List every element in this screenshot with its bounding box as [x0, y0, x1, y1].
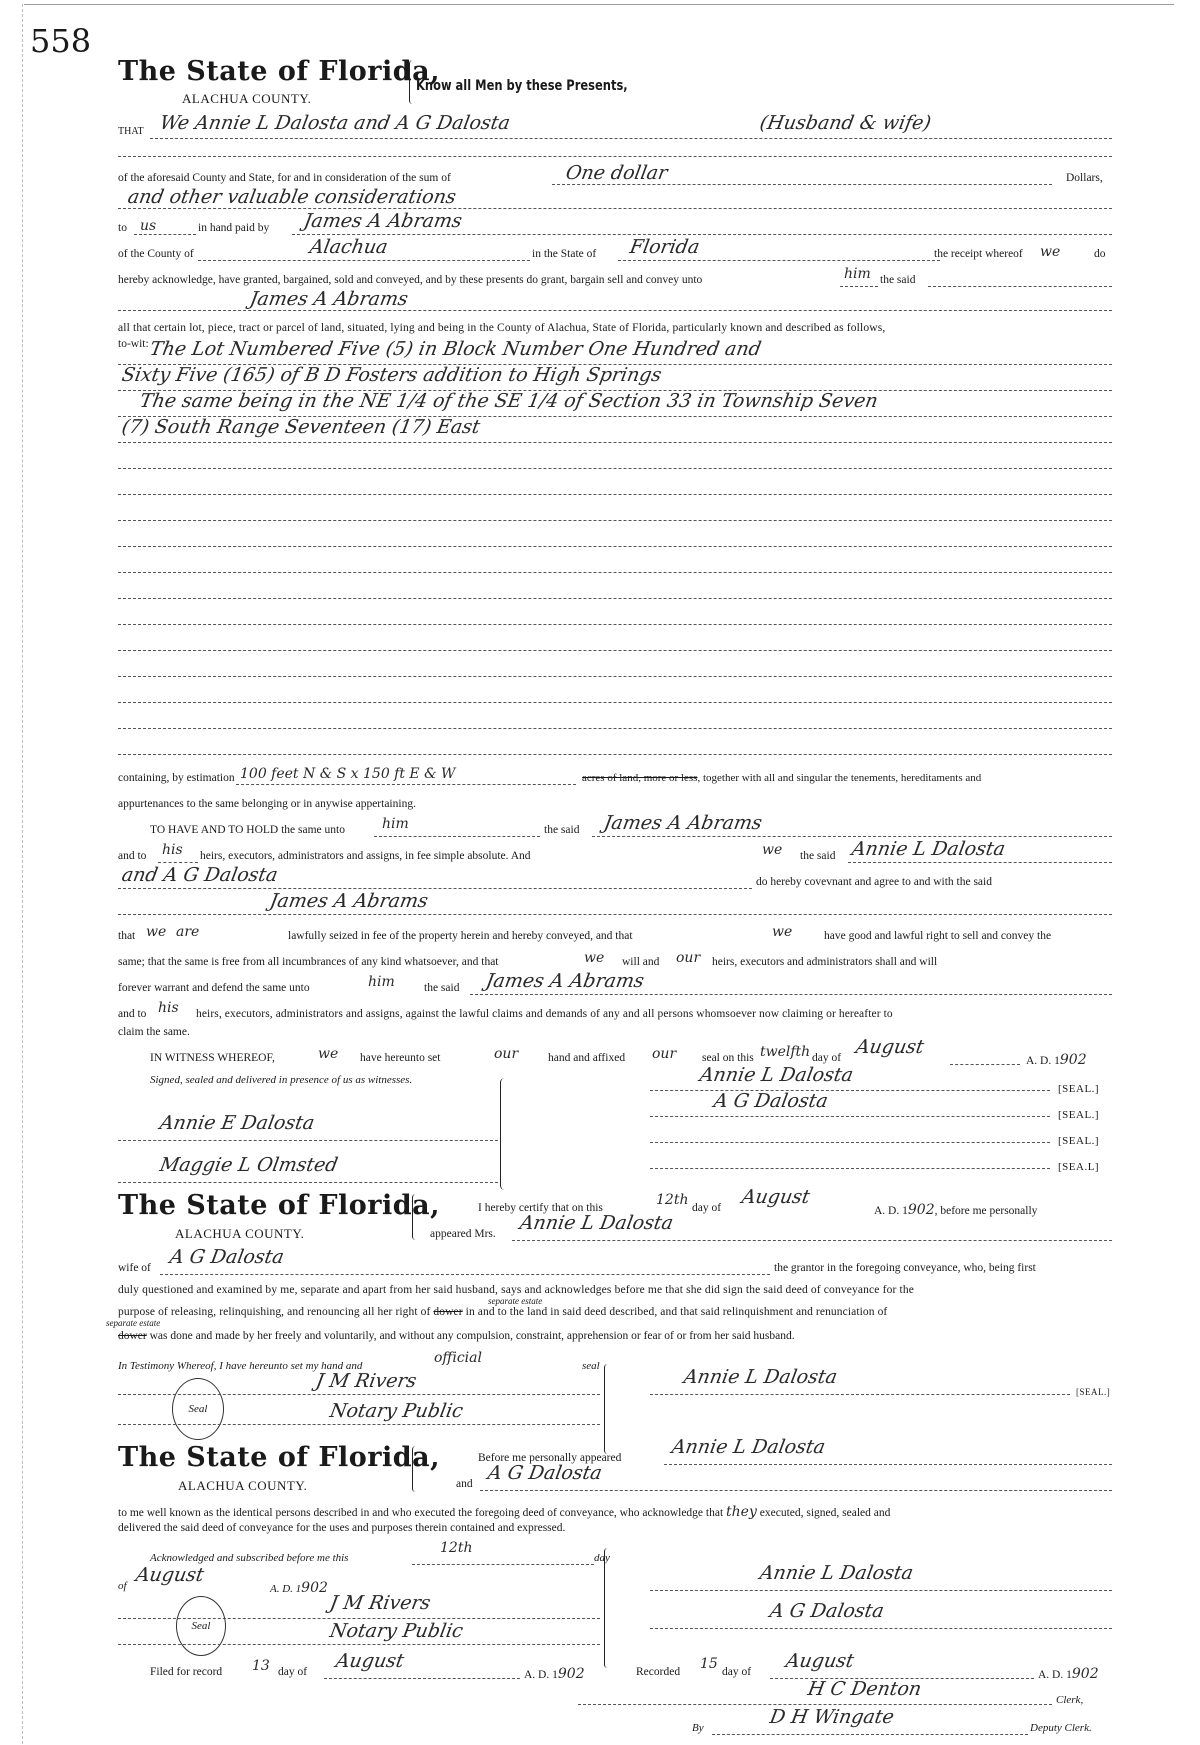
deputy-clerk-label: Deputy Clerk.: [1030, 1722, 1092, 1734]
parcel-line-1: The Lot Numbered Five (5) in Block Numbe…: [148, 338, 763, 360]
cov-grantee: James A Abrams: [484, 970, 646, 992]
cert1-body2-struck: dower: [433, 1306, 462, 1318]
witness-signature-2: Maggie L Olmsted: [158, 1154, 339, 1176]
cert1-body3: dower was done and made by her freely an…: [118, 1330, 795, 1342]
cert2-signature-2: A G Dalosta: [768, 1600, 886, 1622]
cert2-body1-a: to me well known as the identical person…: [118, 1507, 723, 1519]
deputy-line: [712, 1734, 1028, 1735]
filed-month: August: [334, 1650, 406, 1672]
fill-line: [118, 208, 1112, 209]
fill-line: [118, 914, 1112, 915]
habendum-we: we: [762, 842, 782, 858]
fill-line: [412, 1564, 594, 1565]
cert2-county: ALACHUA COUNTY.: [178, 1478, 307, 1494]
witness-our1: our: [494, 1046, 518, 1062]
to-label: to: [118, 222, 127, 234]
witness-e: day of: [812, 1052, 841, 1064]
seal-label-4: [SEA.L]: [1058, 1161, 1099, 1173]
fill-line: [236, 784, 576, 785]
to-value: us: [140, 218, 156, 234]
cert1-appeared-label: appeared Mrs.: [430, 1228, 496, 1240]
cert1-wife-label: wife of: [118, 1262, 151, 1274]
cert1-insert-2: separate estate: [106, 1318, 160, 1328]
blank-line: [118, 572, 1112, 573]
cert2-of-month: August: [134, 1564, 206, 1586]
cov-we3: we: [584, 950, 604, 966]
cov-him: him: [368, 974, 395, 990]
fill-line: [650, 1628, 1112, 1629]
cert2-body1-b: executed, signed, sealed and: [760, 1507, 891, 1519]
containing-rest-text: , together with all and singular the ten…: [697, 772, 981, 784]
filed-day-of: day of: [278, 1666, 307, 1678]
habendum-grantee: James A Abrams: [602, 812, 764, 834]
fill-line: [840, 286, 878, 287]
witness-day: twelfth: [760, 1044, 810, 1060]
fill-line: [118, 1644, 600, 1645]
blank-line: [118, 650, 1112, 651]
containing-value: 100 feet N & S x 150 ft E & W: [240, 766, 455, 782]
cert1-month: August: [740, 1186, 812, 1208]
cert1-testimony-value: official: [434, 1350, 482, 1366]
notary-seal-stamp: Seal: [172, 1378, 224, 1440]
witness-b: have hereunto set: [360, 1052, 440, 1064]
cert2-they: they: [726, 1504, 757, 1520]
county-of-value: Alachua: [308, 236, 389, 258]
witness-ad: A. D. 1902: [1026, 1052, 1087, 1068]
brace: [409, 60, 416, 104]
blank-line: [118, 754, 1112, 755]
cert2-ad: A. D. 1902: [270, 1580, 328, 1596]
cov-we2: we: [772, 924, 792, 940]
fill-line: [160, 1274, 770, 1275]
cert1-notary-brace: [604, 1364, 611, 1454]
appurtenances-text: appurtenances to the same belonging or i…: [118, 798, 416, 810]
recorded-month: August: [784, 1650, 856, 1672]
cert1-day-of: day of: [692, 1202, 721, 1214]
filed-ad-label: A. D. 1: [524, 1669, 558, 1681]
county-of-label: of the County of: [118, 248, 194, 260]
recorded-label: Recorded: [636, 1666, 680, 1678]
cov-will: will and: [622, 956, 659, 968]
cov-and-to: and to: [118, 1008, 146, 1020]
cov-are: are: [176, 924, 199, 940]
cert1-body3-b: was done and made by her freely and volu…: [150, 1330, 795, 1342]
witness-ad-label: A. D. 1: [1026, 1055, 1060, 1067]
witness-a: IN WITNESS WHEREOF,: [150, 1052, 275, 1064]
habendum-said: the said: [544, 824, 579, 836]
the-said-label: the said: [880, 274, 915, 286]
signed-in-presence: Signed, sealed and delivered in presence…: [150, 1074, 412, 1086]
cert2-before-value: Annie L Dalosta: [670, 1436, 827, 1458]
cert1-county: ALACHUA COUNTY.: [175, 1226, 304, 1242]
fill-line: [650, 1590, 1112, 1591]
cert1-state-title: The State of Florida,: [118, 1190, 440, 1221]
cert2-body1: to me well known as the identical person…: [118, 1504, 890, 1520]
recorded-day: 15: [700, 1656, 718, 1672]
filed-year: 902: [558, 1666, 585, 1682]
blank-line: [118, 520, 1112, 521]
cov-the-said: the said: [424, 982, 459, 994]
cert1-body2: purpose of releasing, relinquishing, and…: [118, 1306, 887, 1318]
receipt-whereof-value: we: [1040, 244, 1060, 260]
cert1-notary-signature: J M Rivers: [314, 1370, 418, 1392]
cov-his: his: [158, 1000, 179, 1016]
do-label: do: [1094, 248, 1106, 260]
struck-acres: acres of land, more or less: [582, 772, 697, 784]
cov-warrant: forever warrant and defend the same unto: [118, 982, 310, 994]
cov-claim-the-same: claim the same.: [118, 1026, 190, 1038]
that-label: THAT: [118, 126, 144, 137]
grantors-note-handwritten: (Husband & wife): [758, 112, 933, 134]
recorded-ad-label: A. D. 1: [1038, 1669, 1072, 1681]
cov-seized: lawfully seized in fee of the property h…: [288, 930, 633, 942]
cert2-ad-label: A. D. 1: [270, 1583, 301, 1595]
blank-line: [118, 546, 1112, 547]
cert2-ack-day: 12th: [440, 1540, 472, 1556]
cert1-notary-title: Notary Public: [328, 1400, 465, 1422]
cov-that: that: [118, 930, 135, 942]
fill-line: [292, 234, 1112, 235]
paid-by-label: in hand paid by: [198, 222, 269, 234]
signature-line-2: [650, 1116, 1050, 1117]
fill-line: [950, 1064, 1020, 1065]
filed-day: 13: [252, 1658, 270, 1674]
cov-right: have good and lawful right to sell and c…: [824, 930, 1051, 942]
parcel-intro: all that certain lot, piece, tract or pa…: [118, 322, 885, 334]
blank-line: [118, 468, 1112, 469]
dollars-label: Dollars,: [1066, 172, 1103, 184]
seal-label-1: [SEAL.]: [1058, 1083, 1099, 1095]
habendum-his: his: [162, 842, 183, 858]
convey-text: hereby acknowledge, have granted, bargai…: [118, 274, 702, 286]
fill-line: [552, 184, 1052, 185]
fill-line: [118, 442, 1112, 443]
filed-ad: A. D. 1902: [524, 1666, 585, 1682]
cert2-body2: delivered the said deed of conveyance fo…: [118, 1522, 565, 1534]
cert1-testimony-seal: seal: [582, 1360, 600, 1372]
recorded-year: 902: [1072, 1666, 1099, 1682]
fill-line: [374, 836, 540, 837]
witness-c: hand and affixed: [548, 1052, 625, 1064]
cert2-of-label: of: [118, 1580, 127, 1592]
cert1-before-me: , before me personally: [935, 1205, 1038, 1217]
fill-line: [324, 1678, 520, 1679]
fill-line: [664, 1464, 1112, 1465]
by-label: By: [692, 1722, 704, 1734]
parcel-line-3: The same being in the NE 1/4 of the SE 1…: [138, 390, 880, 412]
witness-our2: our: [652, 1046, 676, 1062]
habendum-unto: him: [382, 816, 409, 832]
filed-label: Filed for record: [150, 1666, 222, 1678]
fill-line: [512, 1240, 1112, 1241]
seal-label-3: [SEAL.]: [1058, 1135, 1099, 1147]
cert2-and-value: A G Dalosta: [486, 1462, 604, 1484]
seal-label-2: [SEAL.]: [1058, 1109, 1099, 1121]
fill-line: [158, 862, 198, 863]
grantors-handwritten: We Annie L Dalosta and A G Dalosta: [158, 112, 512, 134]
state-of-label: in the State of: [532, 248, 596, 260]
fill-line: [928, 286, 1112, 287]
fill-line: [118, 156, 1112, 157]
cert1-insert-1: separate estate: [488, 1296, 542, 1306]
habendum-the-said: the said: [800, 850, 835, 862]
cert1-ad-label: A. D. 1: [874, 1205, 908, 1217]
blank-line: [118, 598, 1112, 599]
witness-line-1: [118, 1140, 498, 1141]
cov-heirs: heirs, executors and administrators shal…: [712, 956, 937, 968]
habendum-heirs: heirs, executors, administrators and ass…: [200, 850, 531, 862]
deputy-signature: D H Wingate: [768, 1706, 896, 1728]
fill-line: [150, 138, 1112, 139]
cert2-state-title: The State of Florida,: [118, 1442, 440, 1473]
fill-line: [118, 310, 1112, 311]
cert1-grantor-signature: Annie L Dalosta: [682, 1366, 839, 1388]
blank-line: [118, 676, 1112, 677]
consideration-prefix: of the aforesaid County and State, for a…: [118, 172, 451, 184]
cert2-notary-brace: [604, 1548, 611, 1668]
cert2-and-label: and: [456, 1478, 473, 1490]
fill-line: [198, 260, 530, 261]
clerk-signature: H C Denton: [806, 1678, 923, 1700]
recorded-day-of: day of: [722, 1666, 751, 1678]
cov-we: we: [146, 924, 166, 940]
grantor-signature-1: Annie L Dalosta: [698, 1064, 855, 1086]
fill-line: [592, 836, 1112, 837]
cert1-body1: duly questioned and examined by me, sepa…: [118, 1284, 914, 1296]
consideration-amount-line2: and other valuable considerations: [126, 186, 458, 208]
fill-line: [848, 862, 1112, 863]
cert1-year: 902: [908, 1202, 935, 1218]
witness-we: we: [318, 1046, 338, 1062]
page-border-top: [24, 4, 1174, 5]
convey-unto-value: him: [844, 266, 871, 282]
fill-line: [470, 994, 1112, 995]
containing-label: containing, by estimation: [118, 772, 235, 784]
witness-year: 902: [1060, 1052, 1087, 1068]
cov-free: same; that the same is free from all inc…: [118, 956, 499, 968]
cert2-notary-signature: J M Rivers: [328, 1592, 432, 1614]
clerk-label: Clerk,: [1056, 1694, 1083, 1706]
habendum-grantor: Annie L Dalosta: [850, 838, 1007, 860]
fill-line: [650, 1394, 1070, 1395]
clerk-line: [578, 1704, 1052, 1705]
deed-page: 558 The State of Florida, ALACHUA COUNTY…: [0, 0, 1200, 1745]
signature-line-4: [650, 1168, 1050, 1169]
containing-rest: acres of land, more or less, together wi…: [582, 772, 981, 784]
blank-line: [118, 624, 1112, 625]
cert1-wife-rest: the grantor in the foregoing conveyance,…: [774, 1262, 1036, 1274]
blank-line: [118, 702, 1112, 703]
page-border-left: [22, 4, 23, 1744]
fill-line: [618, 260, 940, 261]
grantor-signature-2: A G Dalosta: [712, 1090, 830, 1112]
parcel-line-2: Sixty Five (165) of B D Fosters addition…: [120, 364, 663, 386]
cert1-wife-value: A G Dalosta: [168, 1246, 286, 1268]
cert1-body2-a: purpose of releasing, relinquishing, and…: [118, 1306, 430, 1318]
blank-line: [118, 494, 1112, 495]
cert1-body3-struck: dower: [118, 1330, 147, 1342]
know-all-men-heading: Know all Men by these Presents,: [416, 78, 628, 94]
signature-line-3: [650, 1142, 1050, 1143]
cert1-day: 12th: [656, 1192, 688, 1208]
signature-line-1: [650, 1090, 1050, 1091]
consideration-amount: One dollar: [564, 162, 669, 184]
paid-by-value: James A Abrams: [302, 210, 464, 232]
state-of-value: Florida: [628, 236, 701, 258]
recorded-ad: A. D. 1902: [1038, 1666, 1099, 1682]
notary-seal-stamp-2: Seal: [176, 1596, 226, 1656]
to-wit-label: to-wit:: [118, 338, 149, 350]
parcel-line-4: (7) South Range Seventeen (17) East: [120, 416, 482, 438]
witness-signature-1: Annie E Dalosta: [158, 1112, 316, 1134]
fill-line: [118, 888, 752, 889]
fill-line: [134, 234, 196, 235]
habendum-covenant: do hereby covevnant and agree to and wit…: [756, 876, 992, 888]
fill-line: [480, 1490, 1112, 1491]
page-number: 558: [30, 22, 91, 60]
fill-line: [118, 1424, 600, 1425]
receipt-whereof-label: the receipt whereof: [934, 248, 1023, 260]
cert2-brace: [412, 1446, 419, 1492]
cert1-body2-b: in and to the land in said deed describe…: [466, 1306, 888, 1318]
habendum-and-to: and to: [118, 850, 146, 862]
cert2-ack-label: Acknowledged and subscribed before me th…: [150, 1552, 348, 1564]
habendum-grantee-2: James A Abrams: [268, 890, 430, 912]
cert1-ad: A. D. 1902, before me personally: [874, 1202, 1037, 1218]
witness-line-2: [118, 1182, 498, 1183]
habendum-a: TO HAVE AND TO HOLD the same unto: [150, 824, 345, 836]
cert1-brace: [412, 1194, 419, 1240]
cert1-appeared-value: Annie L Dalosta: [518, 1212, 675, 1234]
cov-claims: heirs, executors, administrators and ass…: [196, 1008, 893, 1020]
cert2-year: 902: [301, 1580, 328, 1596]
grantee-name: James A Abrams: [248, 288, 410, 310]
cert2-notary-title: Notary Public: [328, 1620, 465, 1642]
cert2-signature-1: Annie L Dalosta: [758, 1562, 915, 1584]
witness-d: seal on this: [702, 1052, 754, 1064]
cert1-seal-label: [SEAL.]: [1076, 1387, 1110, 1397]
witness-month: August: [854, 1036, 926, 1058]
cov-our: our: [676, 950, 700, 966]
county-label: ALACHUA COUNTY.: [182, 91, 311, 107]
habendum-grantor-2: and A G Dalosta: [120, 864, 279, 886]
witness-brace: [500, 1078, 509, 1190]
blank-line: [118, 728, 1112, 729]
state-title: The State of Florida,: [118, 56, 440, 87]
